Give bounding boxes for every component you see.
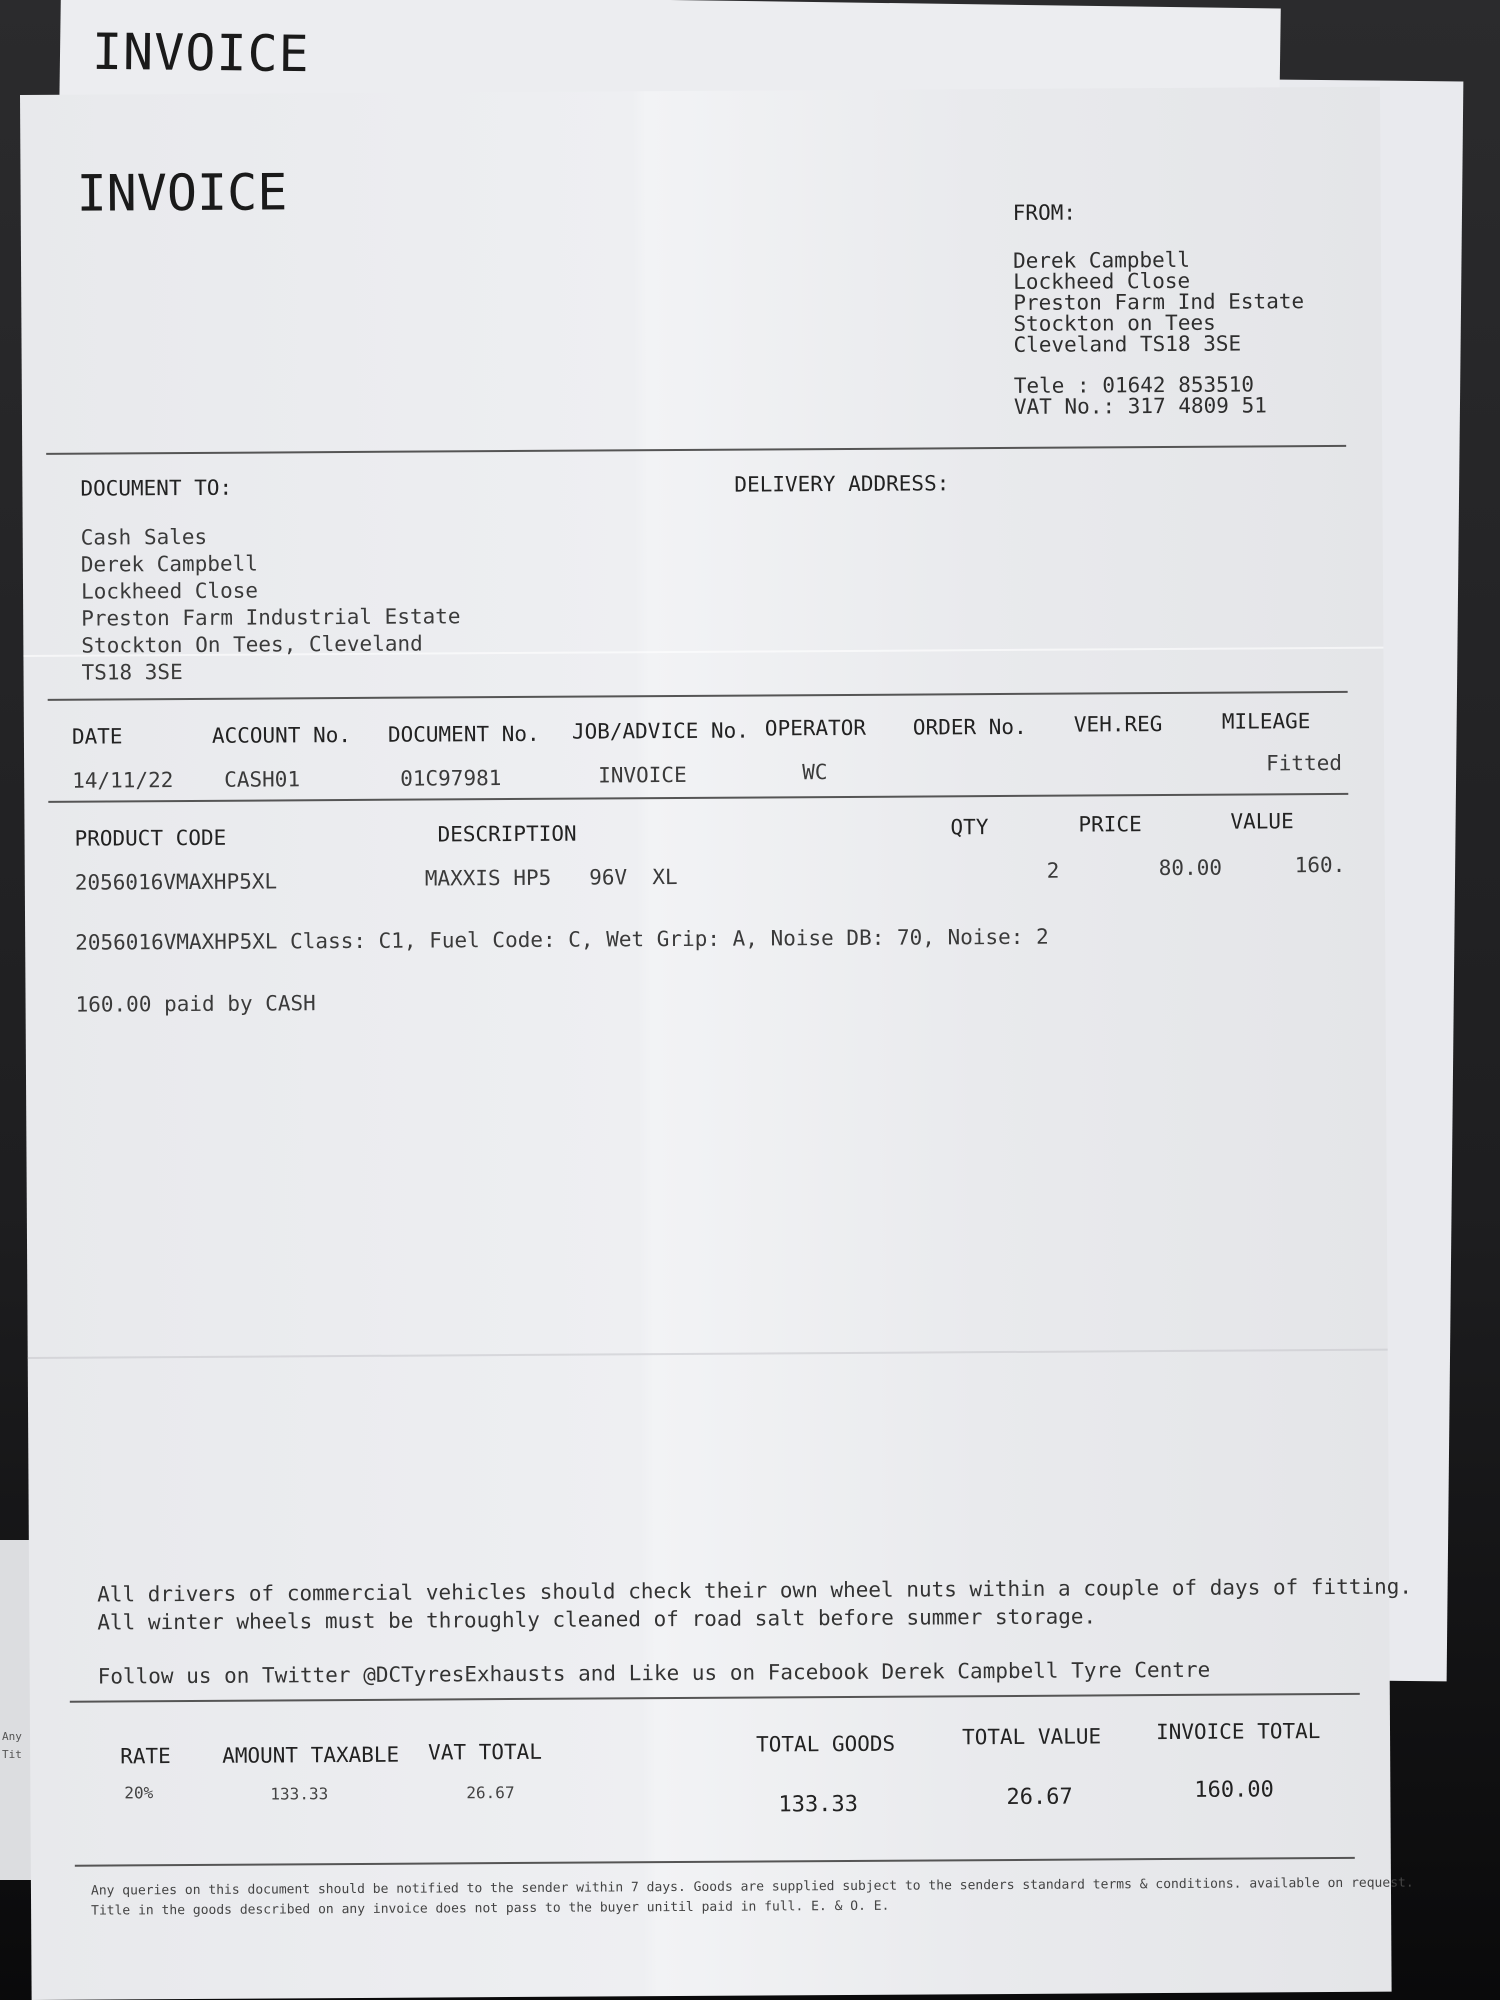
divider (48, 691, 1348, 701)
col-rate: RATE (120, 1744, 171, 1768)
product-detail-line: 2056016VMAXHP5XL Class: C1, Fuel Code: C… (75, 925, 1049, 955)
product-code: 2056016VMAXHP5XL (75, 869, 277, 894)
col-total-goods: TOTAL GOODS (756, 1732, 895, 1757)
description: MAXXIS HP5 96V XL (425, 865, 678, 891)
document-no-value: 01C97981 (400, 766, 501, 791)
vat-total-value: 26.67 (466, 1782, 514, 1804)
social-follow-text: Follow us on Twitter @DCTyresExhausts an… (98, 1658, 1211, 1689)
col-operator: OPERATOR (765, 716, 866, 741)
amount-taxable-value: 133.33 (270, 1783, 328, 1805)
qty: 2 (1047, 859, 1060, 883)
col-document-no: DOCUMENT No. (388, 722, 540, 747)
left-sheet-text: Any (2, 1730, 22, 1743)
document-to-line: TS18 3SE (81, 657, 460, 686)
col-job-advice-no: JOB/ADVICE No. (572, 719, 749, 744)
col-description: DESCRIPTION (437, 822, 576, 847)
col-vat-total: VAT TOTAL (428, 1740, 542, 1765)
col-value: VALUE (1230, 809, 1293, 833)
col-invoice-total: INVOICE TOTAL (1156, 1719, 1321, 1744)
divider (70, 1693, 1360, 1703)
footer-title-clause: Title in the goods described on any invo… (91, 1896, 889, 1923)
note-winter-wheels: All winter wheels must be throughly clea… (97, 1604, 1096, 1634)
note-wheel-nuts: All drivers of commercial vehicles shoul… (97, 1575, 1412, 1607)
operator-value: WC (802, 760, 827, 784)
col-order-no: ORDER No. (913, 715, 1027, 740)
from-line: Cleveland TS18 3SE (1013, 333, 1304, 356)
col-account-no: ACCOUNT No. (212, 723, 351, 748)
divider (75, 1857, 1355, 1867)
vat-label: VAT No.: (1014, 394, 1115, 419)
col-amount-taxable: AMOUNT TAXABLE (222, 1743, 399, 1768)
col-price: PRICE (1078, 812, 1141, 836)
document-to-line: Lockheed Close (81, 576, 460, 605)
col-product-code: PRODUCT CODE (74, 826, 226, 851)
document-to-line: Preston Farm Industrial Estate (81, 603, 460, 632)
document-to-line: Stockton On Tees, Cleveland (81, 630, 460, 659)
total-goods-value: 133.33 (778, 1792, 858, 1817)
col-veh-reg: VEH.REG (1074, 712, 1163, 737)
divider (48, 793, 1348, 803)
total-value-value: 26.67 (1006, 1785, 1072, 1810)
delivery-address-label: DELIVERY ADDRESS: (734, 471, 949, 496)
payment-line: 160.00 paid by CASH (75, 991, 315, 1016)
rate-value: 20% (124, 1782, 153, 1804)
invoice-page: INVOICE FROM: Derek Campbell Lockheed Cl… (20, 87, 1392, 2000)
document-to-address: Cash Sales Derek Campbell Lockheed Close… (81, 522, 461, 686)
paper-fold (28, 1349, 1388, 1359)
page-title: INVOICE (76, 163, 287, 222)
col-mileage: MILEAGE (1222, 709, 1311, 734)
job-advice-no-value: INVOICE (598, 763, 687, 788)
mileage-value: Fitted (1266, 751, 1342, 775)
price: 80.00 (1159, 856, 1222, 880)
vat-value: 317 4809 51 (1128, 393, 1267, 418)
col-qty: QTY (950, 815, 988, 839)
document-to-line: Derek Campbell (81, 549, 460, 578)
from-address: Derek Campbell Lockheed Close Preston Fa… (1013, 249, 1305, 418)
document-to-line: Cash Sales (81, 522, 460, 551)
col-date: DATE (72, 724, 123, 748)
date-value: 14/11/22 (72, 768, 173, 793)
document-to-label: DOCUMENT TO: (80, 476, 232, 501)
value: 160. (1295, 853, 1346, 877)
left-sheet-text: Tit (2, 1748, 22, 1761)
col-total-value: TOTAL VALUE (962, 1724, 1101, 1749)
top-sheet-title: INVOICE (92, 23, 310, 83)
invoice-total-value: 160.00 (1194, 1777, 1274, 1802)
from-label: FROM: (1013, 201, 1076, 225)
account-no-value: CASH01 (224, 767, 300, 791)
divider (46, 445, 1346, 455)
